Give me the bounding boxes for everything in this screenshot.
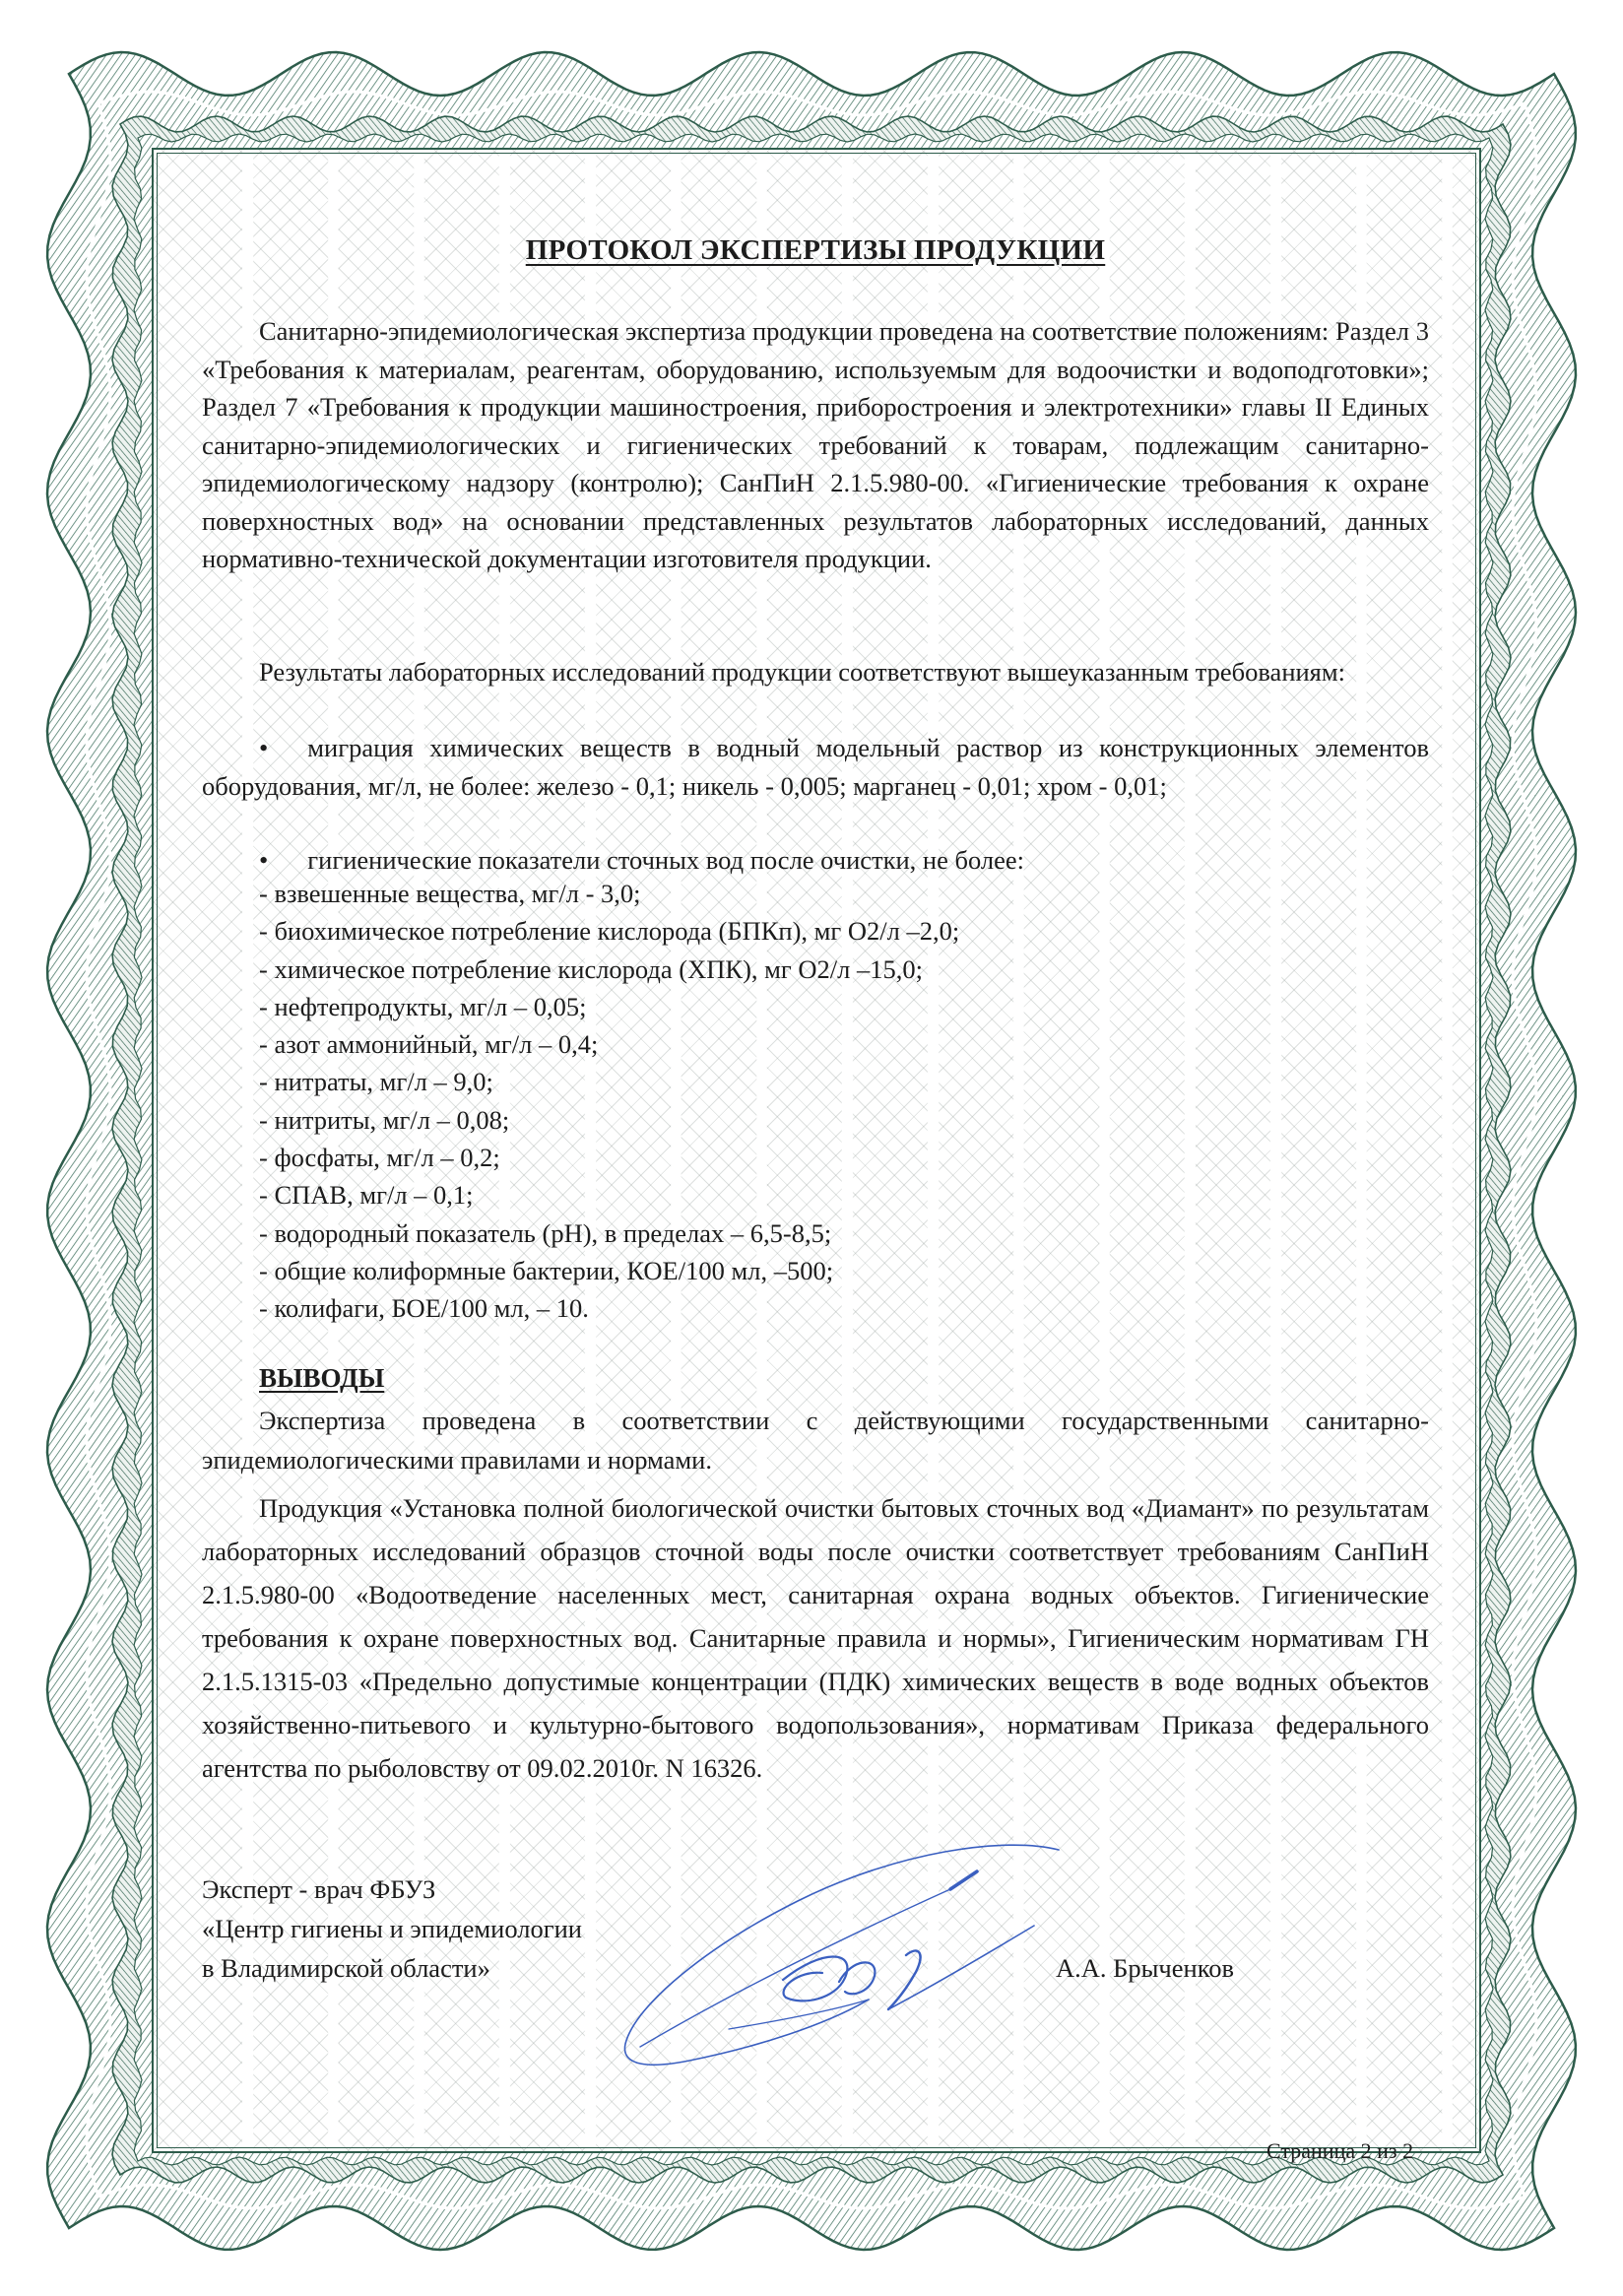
bullet-item-migration: •миграция химических веществ в водный мо… xyxy=(202,729,1429,805)
indicator-list: - взвешенные вещества, мг/л - 3,0; - био… xyxy=(202,875,1429,1328)
results-paragraph: Результаты лабораторных исследований про… xyxy=(202,653,1429,691)
page-number: Страница 2 из 2 xyxy=(1266,2137,1413,2165)
indicator-item: - СПАВ, мг/л – 0,1; xyxy=(202,1176,1429,1214)
indicator-item: - общие колиформные бактерии, КОЕ/100 мл… xyxy=(202,1252,1429,1289)
signer-position-line: «Центр гигиены и эпидемиологии xyxy=(202,1909,582,1948)
indicator-item: - фосфаты, мг/л – 0,2; xyxy=(202,1139,1429,1176)
conclusion-paragraph-1: Экспертиза проведена в соответствии с де… xyxy=(202,1401,1429,1479)
indicator-item: - азот аммонийный, мг/л – 0,4; xyxy=(202,1025,1429,1063)
bullet-icon: • xyxy=(259,733,268,762)
bullet-icon: • xyxy=(259,845,268,875)
indicator-item: - биохимическое потребление кислорода (Б… xyxy=(202,912,1429,950)
signer-position-line: в Владимирской области» xyxy=(202,1948,582,1988)
conclusion-paragraph-2: Продукция «Установка полной биологическо… xyxy=(202,1486,1429,1790)
indicator-item: - водородный показатель (pH), в пределах… xyxy=(202,1214,1429,1252)
document-title: ПРОТОКОЛ ЭКСПЕРТИЗЫ ПРОДУКЦИИ xyxy=(202,234,1429,267)
handwritten-signature xyxy=(611,1832,1103,2078)
bullet-text: миграция химических веществ в водный мод… xyxy=(202,733,1429,801)
indicator-item: - химическое потребление кислорода (ХПК)… xyxy=(202,951,1429,988)
indicator-item: - нитриты, мг/л – 0,08; xyxy=(202,1101,1429,1139)
bullet-text: гигиенические показатели сточных вод пос… xyxy=(307,845,1024,875)
indicator-item: - взвешенные вещества, мг/л - 3,0; xyxy=(202,875,1429,912)
conclusions-heading: ВЫВОДЫ xyxy=(259,1363,384,1394)
bullet-item-hygiene: •гигиенические показатели сточных вод по… xyxy=(202,841,1429,880)
signer-position-line: Эксперт - врач ФБУЗ xyxy=(202,1870,582,1909)
signer-position: Эксперт - врач ФБУЗ «Центр гигиены и эпи… xyxy=(202,1870,582,1988)
indicator-item: - нитраты, мг/л – 9,0; xyxy=(202,1063,1429,1100)
indicator-item: - нефтепродукты, мг/л – 0,05; xyxy=(202,988,1429,1025)
indicator-item: - колифаги, БОЕ/100 мл, – 10. xyxy=(202,1289,1429,1327)
intro-paragraph: Санитарно-эпидемиологическая экспертиза … xyxy=(202,312,1429,578)
